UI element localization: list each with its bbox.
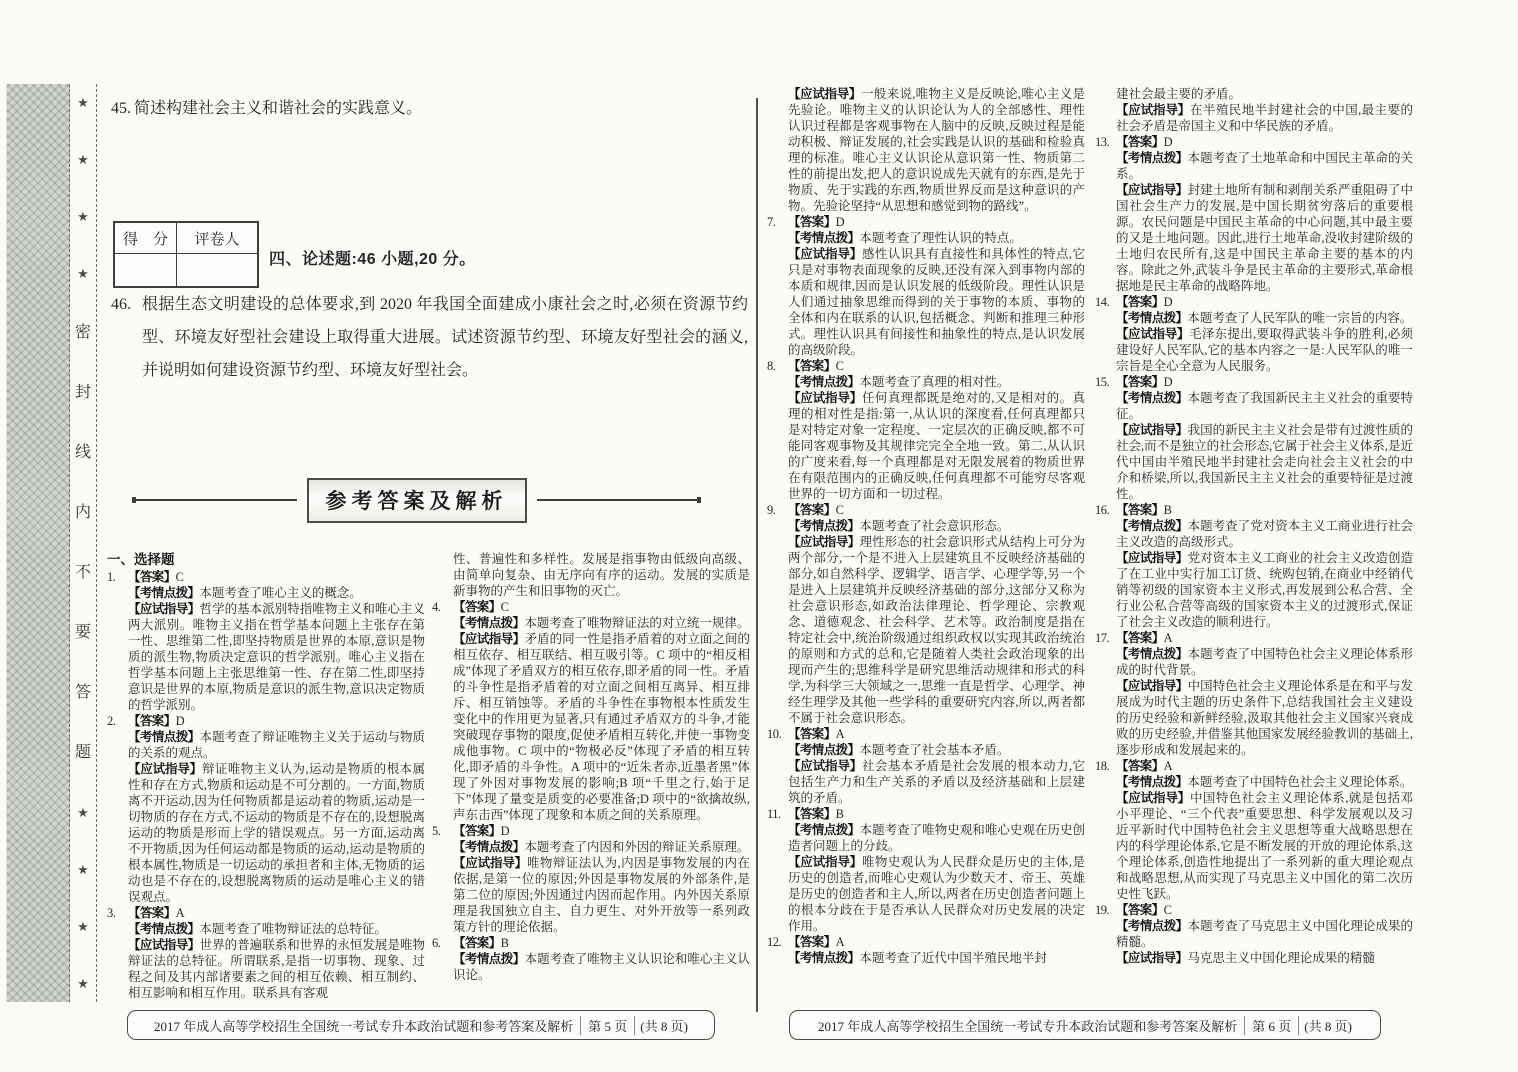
answer-paragraph: 【应试指导】任何真理都既是绝对的,又是相对的。真理的相对性是指:第一,从认识的深… (788, 390, 1085, 502)
item-number: 16. (1095, 502, 1109, 518)
bracket-label: 【应试指导】 (1116, 551, 1188, 565)
answer-item-14: 14.【答案】D【考情点拨】本题考查了人民军队的唯一宗旨的内容。【应试指导】毛泽… (1095, 294, 1413, 374)
answer-item-6: 6.【答案】B【考情点拨】本题考查了唯物主义认识论和唯心主义认识论。 (432, 935, 750, 983)
answer-paragraph: 【答案】B (1116, 502, 1413, 518)
bracket-label: 【考情点拨】 (1116, 391, 1188, 405)
answer-paragraph: 【考情点拨】本题考查了理性认识的特点。 (788, 230, 1085, 246)
seal-character: 要 (75, 625, 91, 641)
answer-paragraph: 【答案】A (1116, 630, 1413, 646)
answer-item-11: 11.【答案】B【考情点拨】本题考查了唯物史观和唯心史观在历史创造者问题上的分歧… (767, 806, 1085, 934)
banner-rule-right (537, 499, 701, 501)
answer-paragraph: 性、普遍性和多样性。发展是指事物由低级向高级、由简单向复杂、由无序向有序的运动。… (453, 551, 750, 599)
answer-item-16: 16.【答案】B【考情点拨】本题考查了党对资本主义工商业进行社会主义改造的高级形… (1095, 502, 1413, 630)
item-number: 2. (107, 713, 115, 729)
answer-paragraph: 【考情点拨】本题考查了人民军队的唯一宗旨的内容。 (1116, 310, 1413, 326)
bracket-label: 【应试指导】 (1116, 183, 1188, 197)
answer-paragraph: 【应试指导】感性认识具有直接性和具体性的特点,它只是对事物表面现象的反映,还没有… (788, 246, 1085, 358)
answer-paragraph: 【考情点拨】本题考查了唯物辩证法的总特征。 (128, 921, 425, 937)
seal-star: ★ (77, 96, 89, 109)
score-table-header-row: 得 分 评卷人 (115, 223, 257, 254)
seal-star: ★ (77, 210, 89, 223)
bracket-label: 【考情点拨】 (788, 375, 859, 389)
bracket-label: 【应试指导】 (788, 87, 861, 101)
answer-item-1: 1.【答案】C【考情点拨】本题考查了唯心主义的概念。【应试指导】哲学的基本派别特… (107, 569, 425, 713)
item-number: 17. (1095, 630, 1109, 646)
answer-paragraph: 【考情点拨】本题考查了我国新民主主义社会的重要特征。 (1116, 390, 1413, 422)
seal-line-vertical-text: ★★★★密封线内不要答题★★★★ (70, 84, 97, 1002)
footer-title: 2017 年成人高等学校招生全国统一考试专升本政治试题和参考答案及解析 (154, 1016, 573, 1035)
answer-paragraph: 【答案】A (788, 934, 1085, 950)
page-footer: 2017 年成人高等学校招生全国统一考试专升本政治试题和参考答案及解析 第 5 … (127, 1010, 715, 1040)
bracket-label: 【答案】 (788, 727, 836, 741)
seal-character: 密 (75, 325, 91, 341)
question-number: 46. (111, 288, 131, 321)
bracket-label: 【应试指导】 (788, 247, 862, 261)
seal-character: 封 (75, 385, 91, 401)
page-footer: 2017 年成人高等学校招生全国统一考试专升本政治试题和参考答案及解析 第 6 … (789, 1010, 1381, 1040)
answer-paragraph: 【应试指导】在半殖民地半封建社会的中国,最主要的社会矛盾是帝国主义和中华民族的矛… (1116, 102, 1413, 134)
answer-paragraph: 【应试指导】辩证唯物主义认为,运动是物质的根本属性和存在方式,物质和运动是不可分… (128, 761, 425, 905)
answer-paragraph: 【应试指导】毛泽东提出,要取得武装斗争的胜利,必须建设好人民军队,它的基本内容之… (1116, 326, 1413, 374)
item-number: 10. (767, 726, 781, 742)
bracket-label: 【应试指导】 (453, 856, 527, 870)
answers-banner: 参考答案及解析 (133, 477, 700, 523)
bracket-label: 【应试指导】 (788, 855, 862, 869)
bracket-label: 【应试指导】 (1116, 327, 1189, 341)
bracket-label: 【考情点拨】 (788, 231, 859, 245)
answer-paragraph: 【应试指导】世界的普遍联系和世界的永恒发展是唯物辩证法的总特征。所谓联系,是指一… (128, 937, 425, 1001)
seal-star: ★ (77, 977, 89, 990)
answer-paragraph: 【考情点拨】本题考查了中国特色社会主义理论体系形成的时代背景。 (1116, 646, 1413, 678)
answer-paragraph: 【答案】C (788, 358, 1085, 374)
answer-paragraph: 【考情点拨】本题考查了真理的相对性。 (788, 374, 1085, 390)
bracket-label: 【考情点拨】 (1116, 775, 1187, 789)
bracket-label: 【应试指导】 (788, 759, 862, 773)
bracket-label: 【应试指导】 (1116, 951, 1187, 965)
bracket-label: 【考情点拨】 (128, 586, 199, 600)
seal-star: ★ (77, 806, 89, 819)
answer-paragraph: 【答案】B (453, 935, 750, 951)
answer-paragraph: 建社会最主要的矛盾。 (1116, 86, 1413, 102)
bracket-label: 【考情点拨】 (788, 951, 859, 965)
answer-paragraph: 【答案】C (128, 569, 425, 585)
answers-column-2: 性、普遍性和多样性。发展是指事物由低级向高级、由简单向复杂、由无序向有序的运动。… (432, 551, 750, 1003)
bracket-label: 【答案】 (128, 570, 176, 584)
score-table: 得 分 评卷人 (113, 221, 259, 288)
page-6: 【应试指导】一般来说,唯物主义是反映论,唯心主义是先验论。唯物主义的认识论认为人… (765, 0, 1415, 1072)
footer-page-number: 第 6 页 (1244, 1016, 1299, 1035)
answer-paragraph: 【应试指导】社会基本矛盾是社会发展的根本动力,它包括生产力和生产关系的矛盾以及经… (788, 758, 1085, 806)
bracket-label: 【答案】 (128, 906, 176, 920)
bracket-label: 【应试指导】 (453, 632, 525, 646)
bracket-label: 【答案】 (788, 807, 836, 821)
bracket-label: 【应试指导】 (1116, 423, 1188, 437)
section-heading: 一、选择题 (107, 551, 425, 569)
answer-paragraph: 【答案】A (788, 726, 1085, 742)
seal-star: ★ (77, 920, 89, 933)
bracket-label: 【考情点拨】 (788, 519, 859, 533)
bracket-label: 【考情点拨】 (453, 952, 525, 966)
answers-banner-title: 参考答案及解析 (307, 478, 527, 523)
bracket-label: 【应试指导】 (1116, 791, 1190, 805)
grader-label: 评卷人 (177, 223, 257, 253)
answer-item-4: 4.【答案】C【考情点拨】本题考查了唯物辩证法的对立统一规律。【应试指导】矛盾的… (432, 599, 750, 823)
answer-paragraph: 【应试指导】唯物史观认为人民群众是历史的主体,是历史的创造者,而唯心史观认为少数… (788, 854, 1085, 934)
answer-paragraph: 【应试指导】党对资本主义工商业的社会主义改造创造了在工业中实行加工订货、统购包销… (1116, 550, 1413, 630)
item-number: 7. (767, 214, 775, 230)
bracket-label: 【答案】 (1116, 759, 1164, 773)
seal-character: 线 (75, 445, 91, 461)
grader-value-cell (177, 254, 257, 286)
question-text: 根据生态文明建设的总体要求,到 2020 年我国全面建成小康社会之时,必须在资源… (142, 296, 748, 379)
item-number: 18. (1095, 758, 1109, 774)
answer-paragraph: 【考情点拨】本题考查了马克思主义中国化理论成果的精髓。 (1116, 918, 1413, 950)
answer-paragraph: 【答案】C (1116, 902, 1413, 918)
answer-item-17: 17.【答案】A【考情点拨】本题考查了中国特色社会主义理论体系形成的时代背景。【… (1095, 630, 1413, 758)
bracket-label: 【答案】 (453, 936, 501, 950)
question-45: 45.简述构建社会主义和谐社会的实践意义。 (111, 92, 746, 125)
bracket-label: 【考情点拨】 (453, 840, 524, 854)
answer-paragraph: 【答案】B (788, 806, 1085, 822)
seal-star: ★ (77, 153, 89, 166)
question-text: 简述构建社会主义和谐社会的实践意义。 (134, 100, 422, 117)
answer-paragraph: 【考情点拨】本题考查了中国特色社会主义理论体系。 (1116, 774, 1413, 790)
bracket-label: 【考情点拨】 (788, 823, 860, 837)
answer-item-7: 7.【答案】D【考情点拨】本题考查了理性认识的特点。【应试指导】感性认识具有直接… (767, 214, 1085, 358)
item-number: 6. (432, 935, 440, 951)
page-5: 45.简述构建社会主义和谐社会的实践意义。 得 分 评卷人 四、论述题:46 小… (105, 0, 750, 1072)
item-number: 15. (1095, 374, 1109, 390)
question-number: 45. (111, 100, 131, 117)
question-46: 46.根据生态文明建设的总体要求,到 2020 年我国全面建成小康社会之时,必须… (111, 288, 748, 387)
answer-paragraph: 【应试指导】矛盾的同一性是指矛盾着的对立面之间的相互依存、相互联结、相互吸引等。… (453, 631, 750, 823)
bracket-label: 【应试指导】 (128, 762, 202, 776)
answer-paragraph: 【应试指导】一般来说,唯物主义是反映论,唯心主义是先验论。唯物主义的认识论认为人… (788, 86, 1085, 214)
answer-paragraph: 【考情点拨】本题考查了唯物主义认识论和唯心主义认识论。 (453, 951, 750, 983)
bracket-label: 【答案】 (453, 824, 501, 838)
answer-item-2: 2.【答案】D【考情点拨】本题考查了辩证唯物主义关于运动与物质的关系的观点。【应… (107, 713, 425, 905)
answer-paragraph: 【应试指导】中国特色社会主义理论体系,就是包括邓小平理论、“三个代表”重要思想、… (1116, 790, 1413, 902)
item-number: 9. (767, 502, 775, 518)
bracket-label: 【考情点拨】 (1116, 519, 1188, 533)
item-number: 3. (107, 905, 115, 921)
item-number: 12. (767, 934, 781, 950)
answer-paragraph: 【答案】D (788, 214, 1085, 230)
answer-paragraph: 【应试指导】中国特色社会主义理论体系是在和平与发展成为时代主题的历史条件下,总结… (1116, 678, 1413, 758)
seal-star: ★ (77, 267, 89, 280)
answer-paragraph: 【应试指导】封建土地所有制和剥削关系严重阻碍了中国社会生产力的发展,是中国长期贫… (1116, 182, 1413, 294)
answer-item-5: 5.【答案】D【考情点拨】本题考查了内因和外因的辩证关系原理。【应试指导】唯物辩… (432, 823, 750, 935)
seal-character: 不 (75, 565, 91, 581)
answer-item-18: 18.【答案】A【考情点拨】本题考查了中国特色社会主义理论体系。【应试指导】中国… (1095, 758, 1413, 902)
bracket-label: 【答案】 (1116, 631, 1164, 645)
bracket-label: 【答案】 (453, 600, 501, 614)
item-number: 19. (1095, 902, 1109, 918)
answer-paragraph: 【答案】D (128, 713, 425, 729)
answer-paragraph: 【考情点拨】本题考查了社会基本矛盾。 (788, 742, 1085, 758)
answer-paragraph: 【考情点拨】本题考查了党对资本主义工商业进行社会主义改造的高级形式。 (1116, 518, 1413, 550)
bracket-label: 【答案】 (1116, 375, 1164, 389)
item-number: 13. (1095, 134, 1109, 150)
answers-column-1: 一、选择题1.【答案】C【考情点拨】本题考查了唯心主义的概念。【应试指导】哲学的… (107, 551, 425, 1003)
item-number: 14. (1095, 294, 1109, 310)
answer-paragraph: 【答案】C (453, 599, 750, 615)
answer-item-9: 9.【答案】C【考情点拨】本题考查了社会意识形态。【应试指导】理性形态的社会意识… (767, 502, 1085, 726)
essay-section-heading: 四、论述题:46 小题,20 分。 (269, 246, 476, 269)
answer-paragraph: 【考情点拨】本题考查了唯物史观和唯心史观在历史创造者问题上的分歧。 (788, 822, 1085, 854)
seal-star: ★ (77, 863, 89, 876)
bracket-label: 【应试指导】 (788, 535, 860, 549)
item-number: 5. (432, 823, 440, 839)
footer-title: 2017 年成人高等学校招生全国统一考试专升本政治试题和参考答案及解析 (818, 1016, 1237, 1035)
item-number: 1. (107, 569, 115, 585)
bracket-label: 【答案】 (788, 359, 836, 373)
bracket-label: 【考情点拨】 (128, 922, 199, 936)
seal-character: 内 (75, 505, 91, 521)
seal-pattern-band (6, 84, 70, 1002)
bracket-label: 【答案】 (788, 503, 836, 517)
bracket-label: 【考情点拨】 (1116, 151, 1188, 165)
answer-paragraph: 【答案】D (453, 823, 750, 839)
item-number: 8. (767, 358, 775, 374)
bracket-label: 【考情点拨】 (1116, 919, 1188, 933)
bracket-label: 【答案】 (1116, 135, 1164, 149)
answer-item-3: 3.【答案】A【考情点拨】本题考查了唯物辩证法的总特征。【应试指导】世界的普遍联… (107, 905, 425, 1001)
answer-paragraph: 【考情点拨】本题考查了近代中国半殖民地半封 (788, 950, 1085, 966)
bracket-label: 【应试指导】 (1116, 103, 1190, 117)
footer-page-total: (共 8 页) (1304, 1016, 1352, 1035)
bracket-label: 【考情点拨】 (453, 616, 524, 630)
bracket-label: 【考情点拨】 (788, 743, 859, 757)
answer-paragraph: 【应试指导】哲学的基本派别特指唯物主义和唯心主义两大派别。唯物主义指在哲学基本问… (128, 601, 425, 713)
bracket-label: 【答案】 (128, 714, 176, 728)
answer-paragraph: 【答案】C (788, 502, 1085, 518)
seal-character: 题 (75, 745, 91, 761)
answers-column-4: 建社会最主要的矛盾。【应试指导】在半殖民地半封建社会的中国,最主要的社会矛盾是帝… (1095, 86, 1413, 1006)
answer-continuation: 性、普遍性和多样性。发展是指事物由低级向高级、由简单向复杂、由无序向有序的运动。… (432, 551, 750, 599)
footer-page-number: 第 5 页 (580, 1016, 635, 1035)
page-divider-line (756, 98, 758, 1012)
bracket-label: 【应试指导】 (1116, 679, 1188, 693)
answer-paragraph: 【应试指导】理性形态的社会意识形式从结构上可分为两个部分,一个是不进入上层建筑且… (788, 534, 1085, 726)
answer-paragraph: 【答案】D (1116, 294, 1413, 310)
bracket-label: 【应试指导】 (788, 391, 862, 405)
answer-item-19: 19.【答案】C【考情点拨】本题考查了马克思主义中国化理论成果的精髓。【应试指导… (1095, 902, 1413, 966)
item-number: 4. (432, 599, 440, 615)
answer-paragraph: 【考情点拨】本题考查了社会意识形态。 (788, 518, 1085, 534)
answer-item-13: 13.【答案】D【考情点拨】本题考查了土地革命和中国民主革命的关系。【应试指导】… (1095, 134, 1413, 294)
score-value-cell (115, 254, 177, 286)
bracket-label: 【答案】 (1116, 295, 1164, 309)
answer-paragraph: 【考情点拨】本题考查了唯物辩证法的对立统一规律。 (453, 615, 750, 631)
answer-continuation: 【应试指导】一般来说,唯物主义是反映论,唯心主义是先验论。唯物主义的认识论认为人… (767, 86, 1085, 214)
answer-paragraph: 【答案】A (1116, 758, 1413, 774)
answer-paragraph: 【答案】D (1116, 134, 1413, 150)
scanned-answer-sheet: ★★★★密封线内不要答题★★★★ 45.简述构建社会主义和谐社会的实践意义。 得… (0, 0, 1518, 1072)
bracket-label: 【答案】 (1116, 503, 1164, 517)
answer-paragraph: 【考情点拨】本题考查了内因和外因的辩证关系原理。 (453, 839, 750, 855)
bracket-label: 【考情点拨】 (128, 730, 200, 744)
score-label: 得 分 (115, 223, 177, 253)
answer-paragraph: 【考情点拨】本题考查了辩证唯物主义关于运动与物质的关系的观点。 (128, 729, 425, 761)
item-number: 11. (767, 806, 781, 822)
banner-rule-left (133, 499, 297, 501)
bracket-label: 【答案】 (1116, 903, 1164, 917)
bracket-label: 【考情点拨】 (1116, 647, 1188, 661)
seal-character: 答 (75, 685, 91, 701)
footer-page-total: (共 8 页) (640, 1016, 688, 1035)
bracket-label: 【应试指导】 (128, 938, 200, 952)
answer-item-12: 12.【答案】A【考情点拨】本题考查了近代中国半殖民地半封 (767, 934, 1085, 966)
answer-paragraph: 【考情点拨】本题考查了土地革命和中国民主革命的关系。 (1116, 150, 1413, 182)
answer-continuation: 建社会最主要的矛盾。【应试指导】在半殖民地半封建社会的中国,最主要的社会矛盾是帝… (1095, 86, 1413, 134)
answer-paragraph: 【答案】A (128, 905, 425, 921)
bracket-label: 【答案】 (788, 935, 836, 949)
bracket-label: 【应试指导】 (128, 602, 200, 616)
score-table-value-row (115, 254, 257, 286)
bracket-label: 【答案】 (788, 215, 836, 229)
answer-item-8: 8.【答案】C【考情点拨】本题考查了真理的相对性。【应试指导】任何真理都既是绝对… (767, 358, 1085, 502)
seal-line-strip: ★★★★密封线内不要答题★★★★ (6, 84, 98, 1002)
answer-paragraph: 【考情点拨】本题考查了唯心主义的概念。 (128, 585, 425, 601)
answer-paragraph: 【应试指导】唯物辩证法认为,内因是事物发展的内在依据,是第一位的原因;外因是事物… (453, 855, 750, 935)
answer-paragraph: 【答案】D (1116, 374, 1413, 390)
bracket-label: 【考情点拨】 (1116, 311, 1187, 325)
answer-item-10: 10.【答案】A【考情点拨】本题考查了社会基本矛盾。【应试指导】社会基本矛盾是社… (767, 726, 1085, 806)
answer-paragraph: 【应试指导】马克思主义中国化理论成果的精髓 (1116, 950, 1413, 966)
answers-column-3: 【应试指导】一般来说,唯物主义是反映论,唯心主义是先验论。唯物主义的认识论认为人… (767, 86, 1085, 1006)
answer-paragraph: 【应试指导】我国的新民主主义社会是带有过渡性质的社会,而不是独立的社会形态,它属… (1116, 422, 1413, 502)
answer-item-15: 15.【答案】D【考情点拨】本题考查了我国新民主主义社会的重要特征。【应试指导】… (1095, 374, 1413, 502)
